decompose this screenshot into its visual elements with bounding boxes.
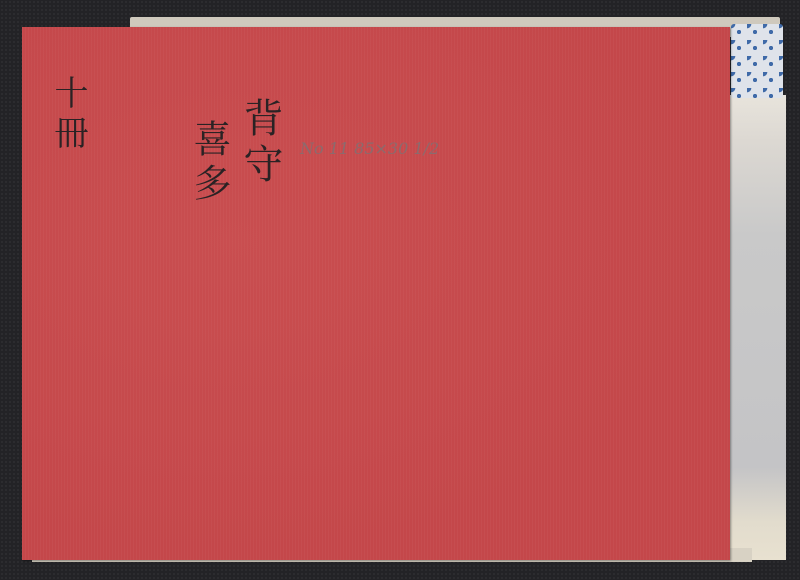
red-book-cover: 十冊 背守 喜多 No 11 85×30 1/2 (22, 27, 730, 560)
pencil-note: No 11 85×30 1/2 (300, 139, 439, 158)
spine-paper-strip (726, 95, 786, 560)
spine-pattern-cloth (731, 24, 783, 98)
ink-inscription-left-column: 喜多 (182, 119, 237, 207)
ink-inscription-left: 十冊 (44, 75, 93, 155)
ink-inscription-right: 背守 (232, 97, 289, 189)
